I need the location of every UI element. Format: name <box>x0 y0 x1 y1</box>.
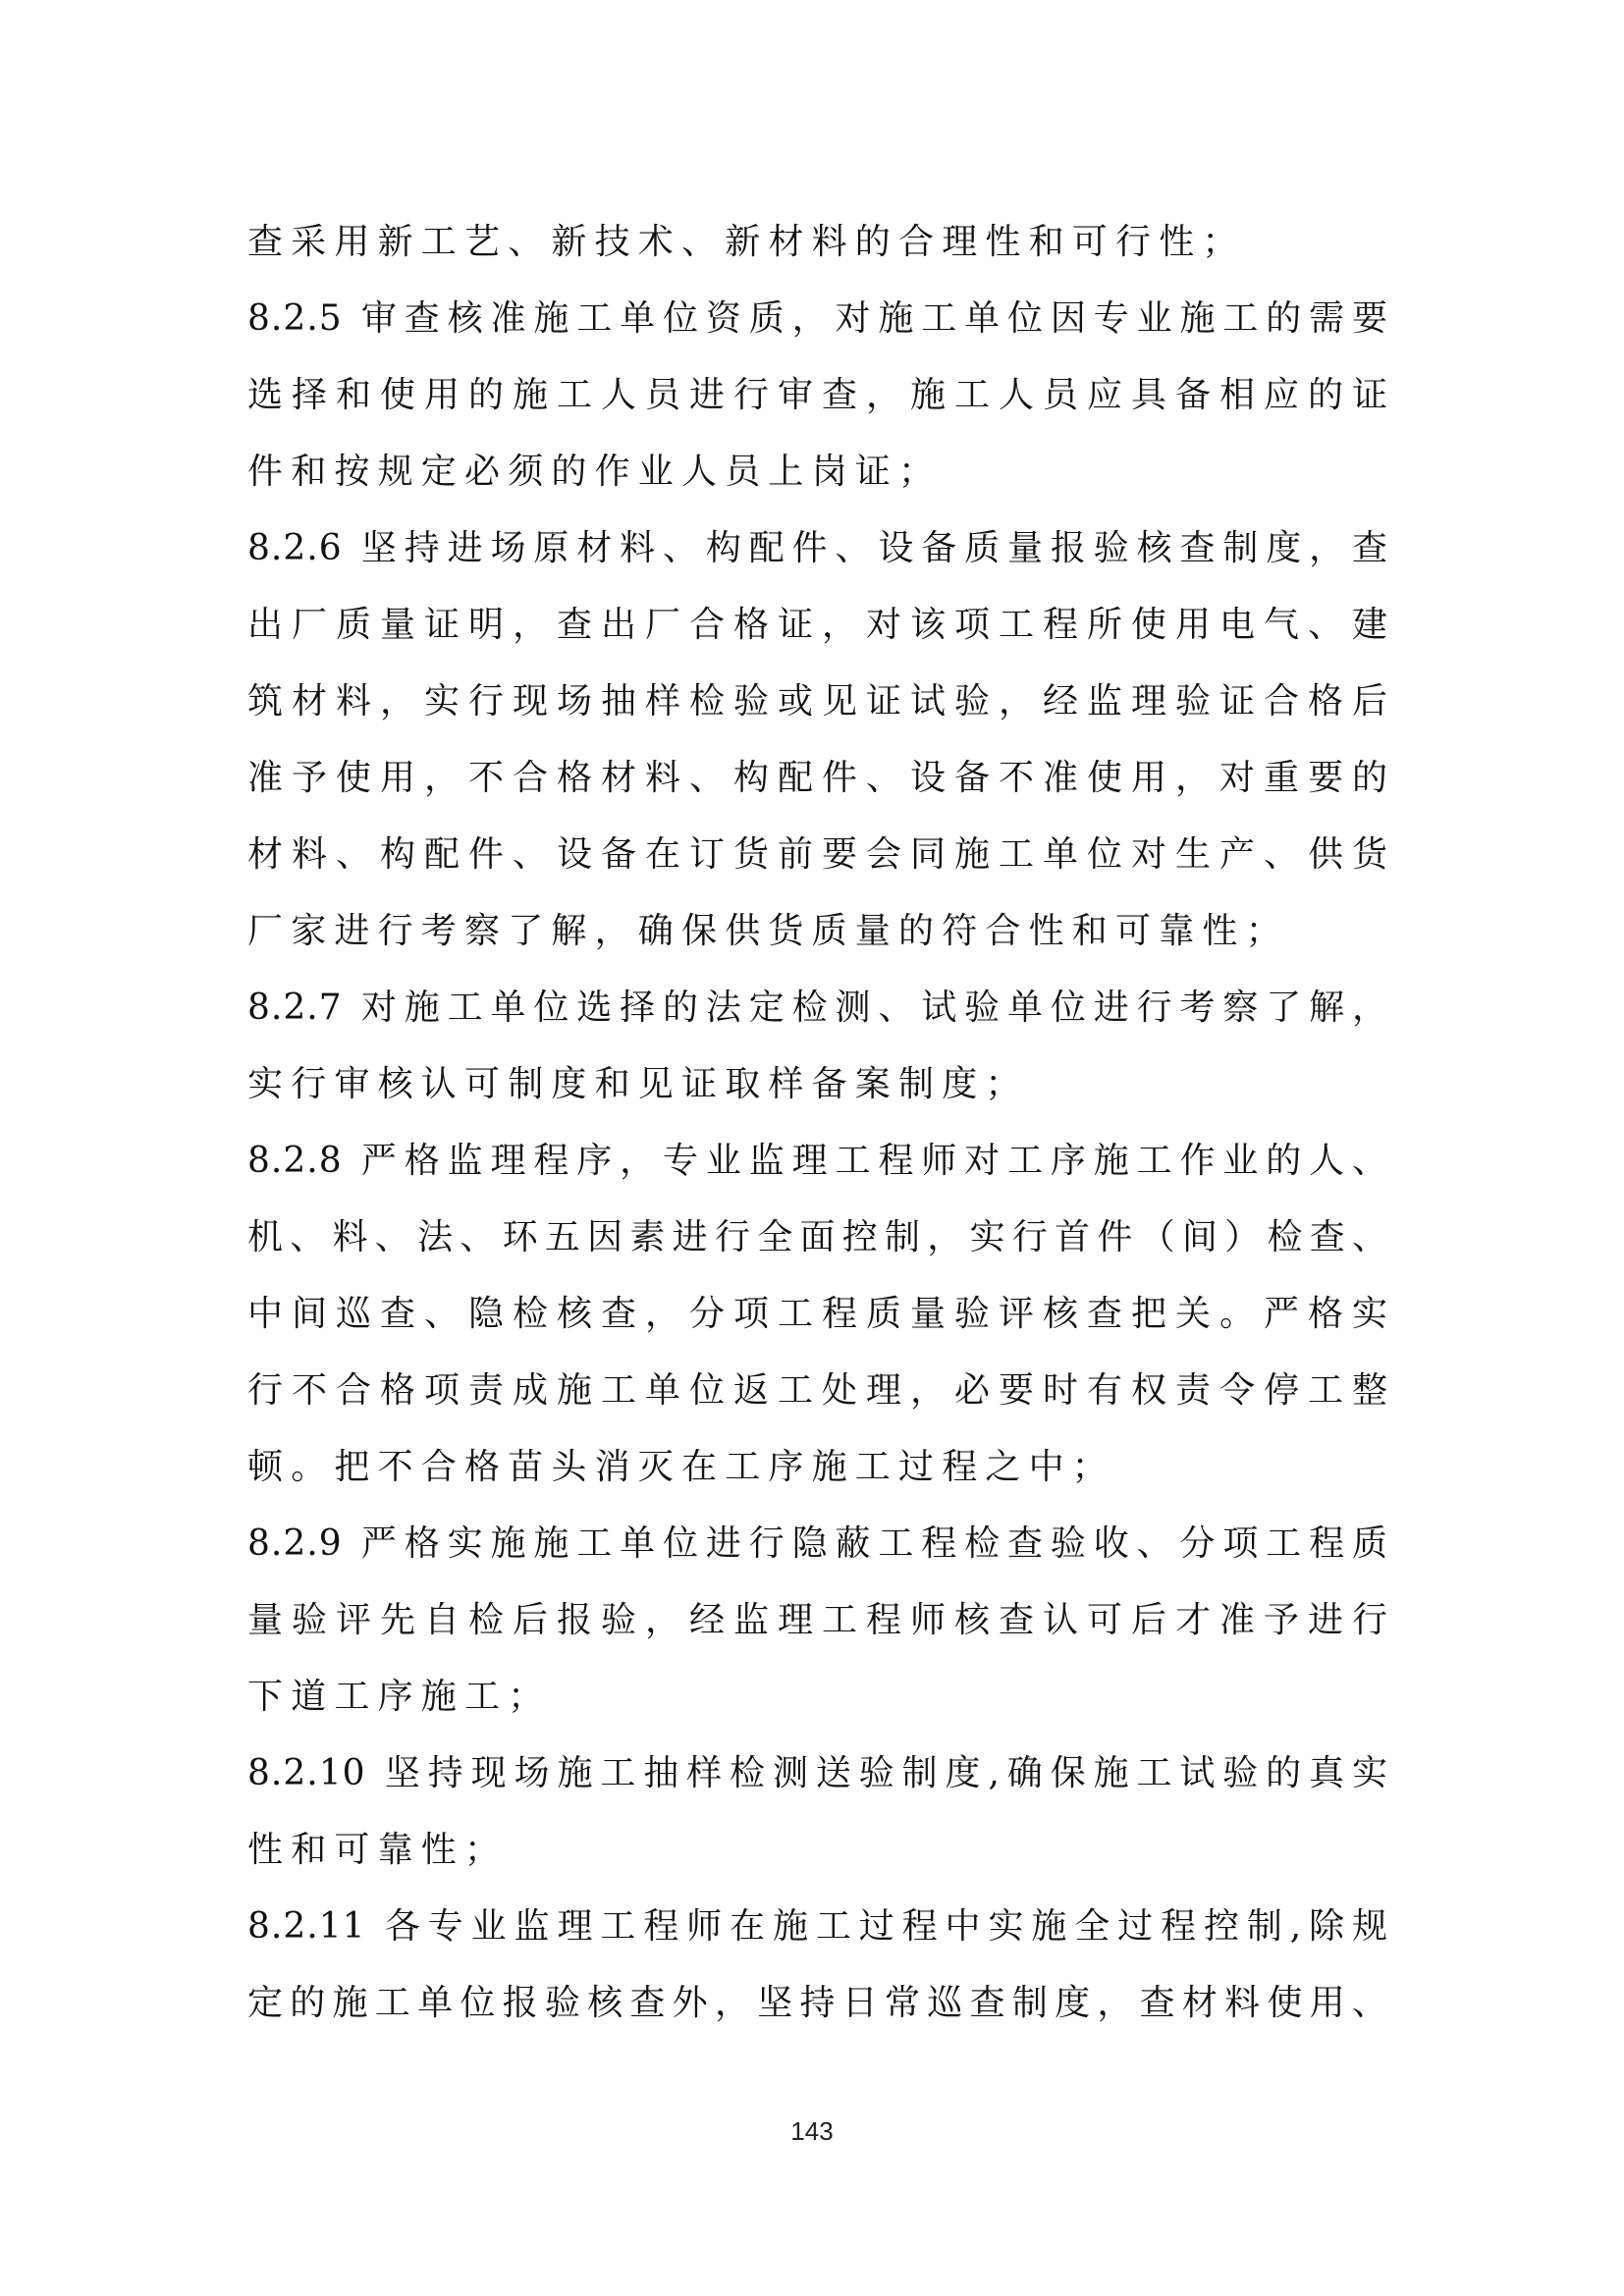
text-line: 件和按规定必须的作业人员上岗证； <box>247 434 1388 510</box>
text-line: 行不合格项责成施工单位返工处理，必要时有权责令停工整 <box>247 1353 1388 1429</box>
text-line: 出厂质量证明，查出厂合格证，对该项工程所使用电气、建 <box>247 587 1388 664</box>
text-line: 8.2.11 各专业监理工程师在施工过程中实施全过程控制,除规 <box>247 1889 1388 1965</box>
text-line: 顿。把不合格苗头消灭在工序施工过程之中； <box>247 1429 1388 1506</box>
text-line: 8.2.6 坚持进场原材料、构配件、设备质量报验核查制度，查 <box>247 510 1388 587</box>
body-text: 查采用新工艺、新技术、新材料的合理性和可行性； 8.2.5 审查核准施工单位资质… <box>247 204 1388 2042</box>
document-page: 查采用新工艺、新技术、新材料的合理性和可行性； 8.2.5 审查核准施工单位资质… <box>0 0 1624 2296</box>
text-line: 8.2.10 坚持现场施工抽样检测送验制度,确保施工试验的真实 <box>247 1735 1388 1812</box>
text-line: 机、料、法、环五因素进行全面控制，实行首件（间）检查、 <box>247 1200 1388 1276</box>
text-line: 下道工序施工； <box>247 1659 1388 1735</box>
text-line: 准予使用，不合格材料、构配件、设备不准使用，对重要的 <box>247 740 1388 817</box>
text-line: 8.2.5 审查核准施工单位资质，对施工单位因专业施工的需要 <box>247 281 1388 357</box>
text-line: 8.2.9 严格实施施工单位进行隐蔽工程检查验收、分项工程质 <box>247 1506 1388 1582</box>
text-line: 8.2.7 对施工单位选择的法定检测、试验单位进行考察了解， <box>247 970 1388 1046</box>
text-line: 材料、构配件、设备在订货前要会同施工单位对生产、供货 <box>247 817 1388 893</box>
text-line: 筑材料，实行现场抽样检验或见证试验，经监理验证合格后 <box>247 664 1388 740</box>
text-line: 实行审核认可制度和见证取样备案制度； <box>247 1046 1388 1123</box>
text-line: 量验评先自检后报验，经监理工程师核查认可后才准予进行 <box>247 1582 1388 1659</box>
page-number: 143 <box>0 2116 1624 2147</box>
text-line: 查采用新工艺、新技术、新材料的合理性和可行性； <box>247 204 1388 281</box>
text-line: 中间巡查、隐检核查，分项工程质量验评核查把关。严格实 <box>247 1276 1388 1353</box>
text-line: 选择和使用的施工人员进行审查，施工人员应具备相应的证 <box>247 357 1388 434</box>
text-line: 厂家进行考察了解，确保供货质量的符合性和可靠性； <box>247 893 1388 970</box>
text-line: 性和可靠性； <box>247 1812 1388 1889</box>
text-line: 定的施工单位报验核查外，坚持日常巡查制度，查材料使用、 <box>247 1965 1388 2042</box>
text-line: 8.2.8 严格监理程序，专业监理工程师对工序施工作业的人、 <box>247 1123 1388 1200</box>
